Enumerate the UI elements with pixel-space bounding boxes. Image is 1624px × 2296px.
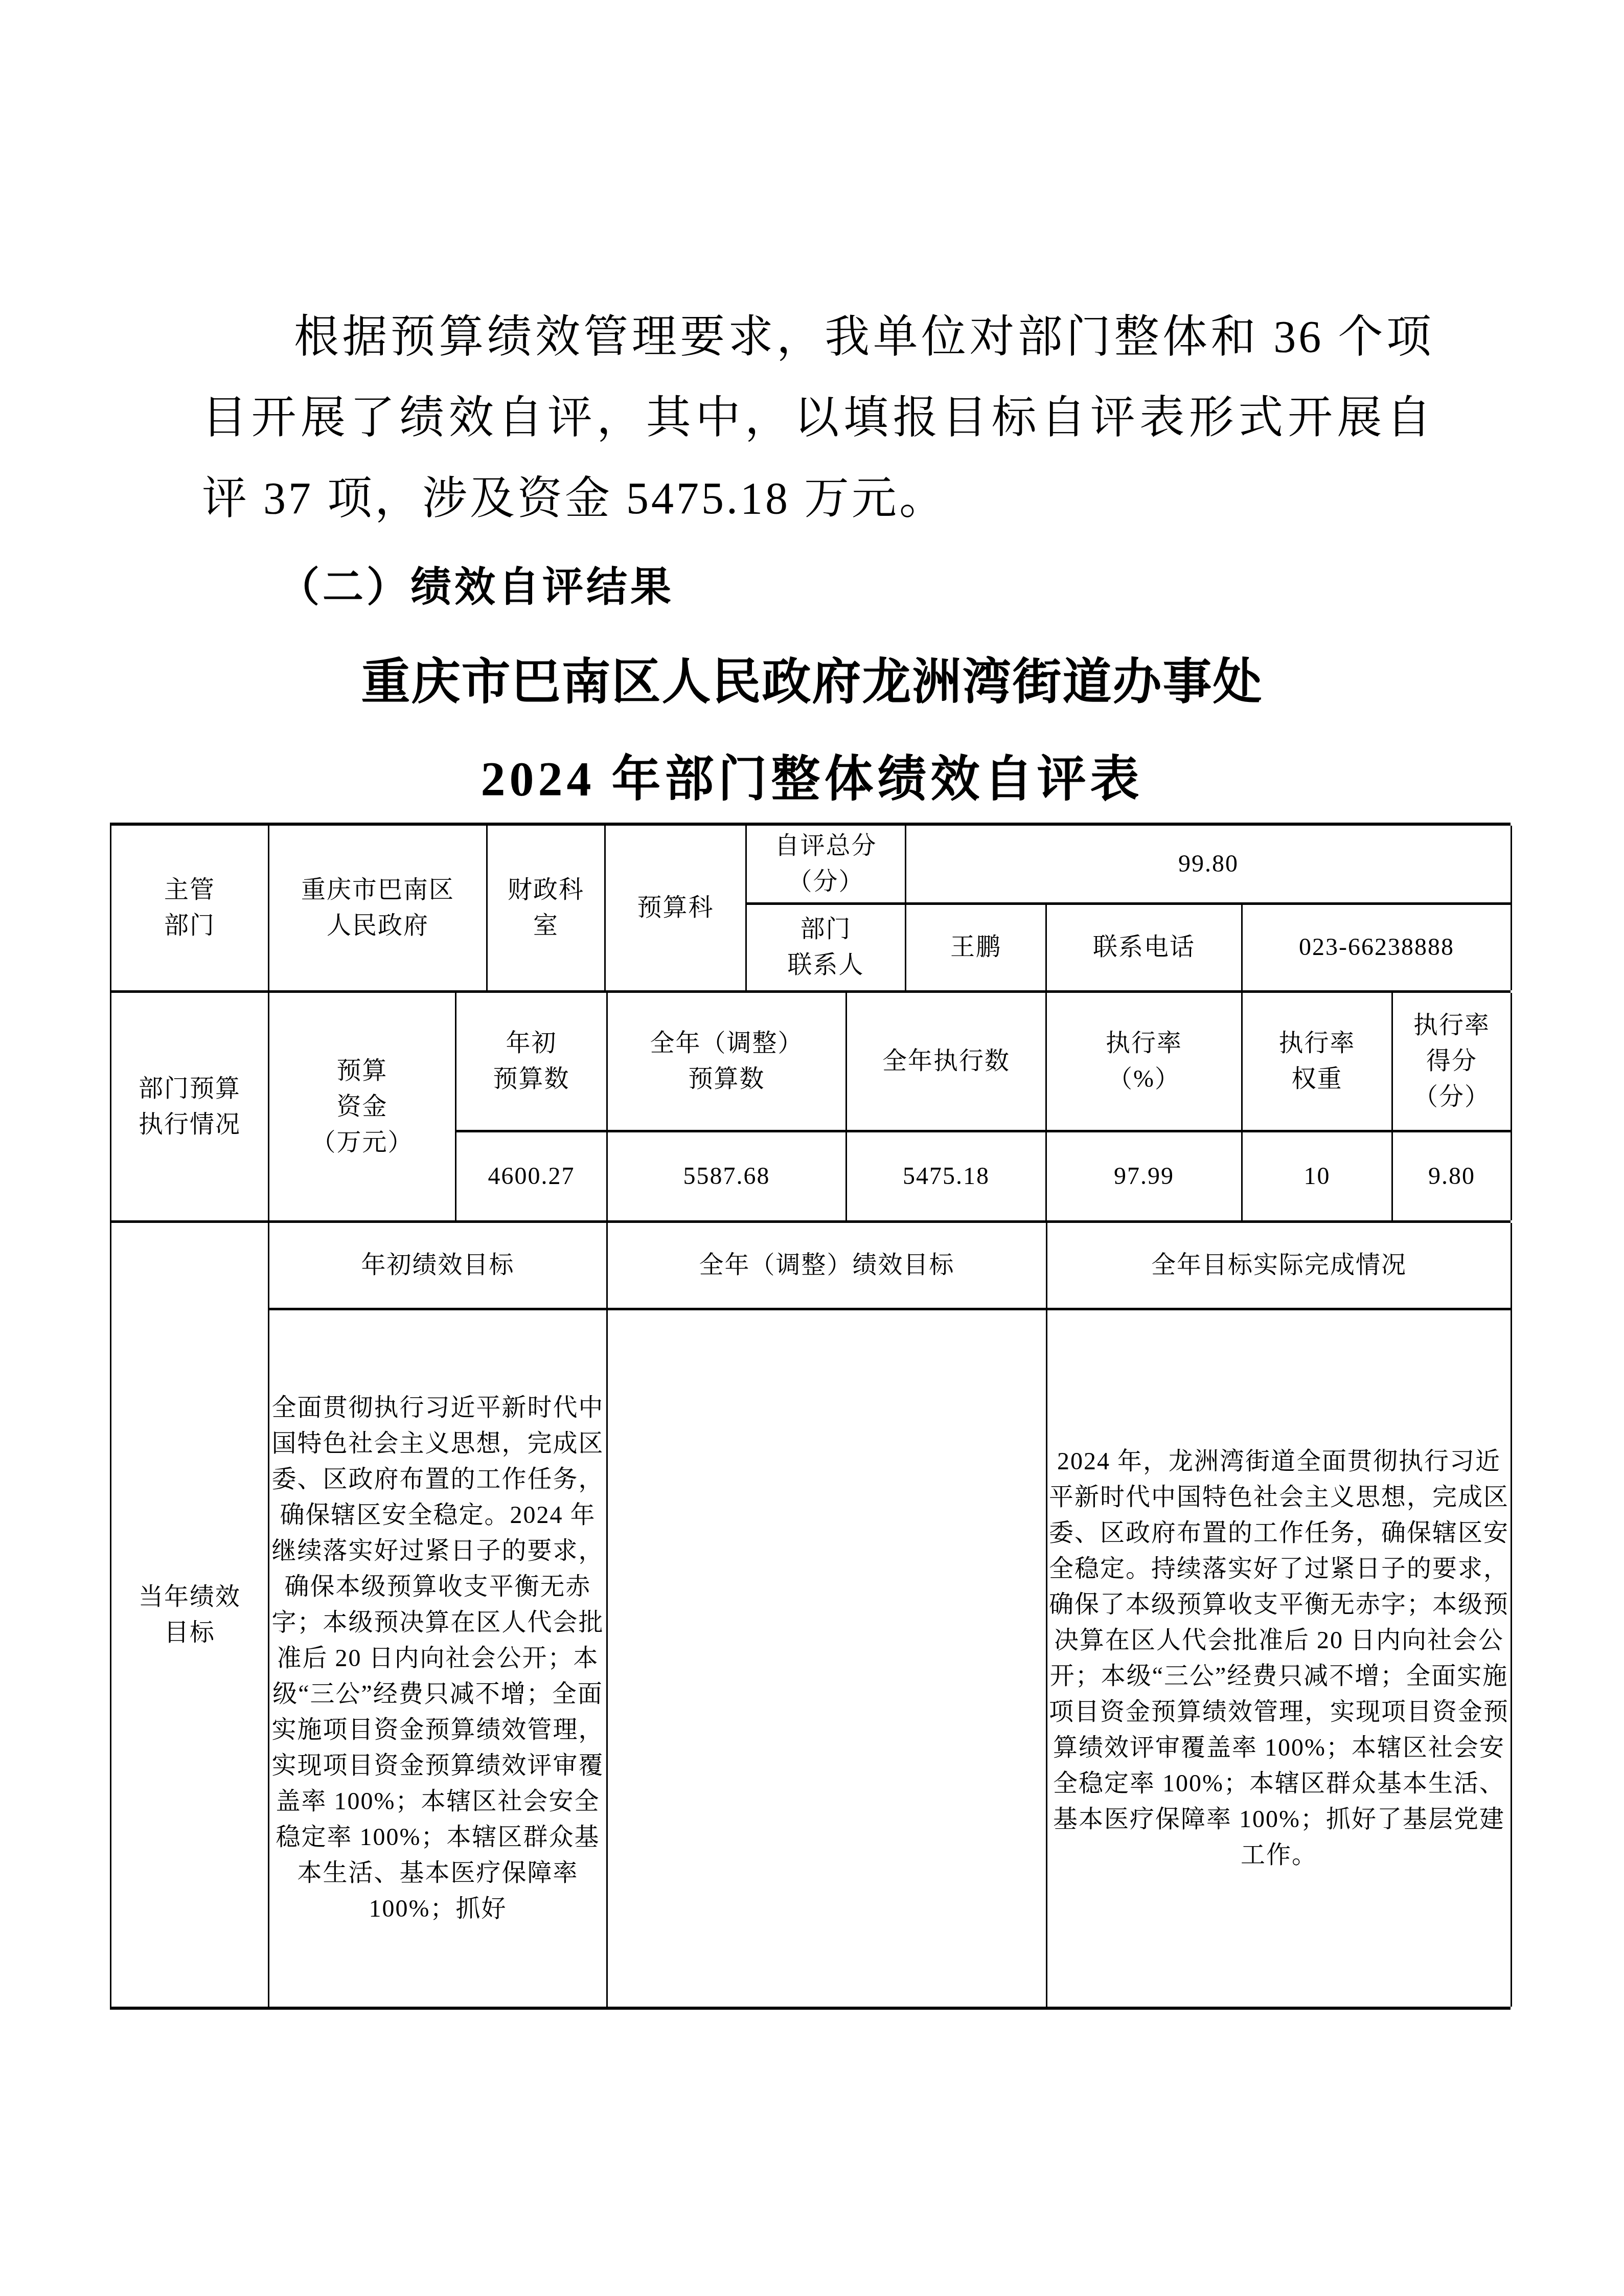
- budget-value-weight: 10: [1242, 1131, 1392, 1220]
- supervisor-dept-value: 重庆市巴南区 人民政府: [269, 826, 487, 990]
- goals-header-actual: 全年目标实际完成情况: [1047, 1223, 1512, 1309]
- budget-value-initial: 4600.27: [456, 1131, 607, 1220]
- goals-header-adjusted: 全年（调整）绩效目标: [607, 1223, 1047, 1309]
- budget-header-weight: 执行率 权重: [1242, 993, 1392, 1131]
- budget-execution-section: 部门预算 执行情况 预算 资金 （万元） 年初 预算数 全年（调整） 预算数 全…: [110, 993, 1512, 1220]
- budget-value-adjusted: 5587.68: [607, 1131, 847, 1220]
- self-score-label: 自评总分 （分）: [746, 826, 906, 903]
- self-score-value: 99.80: [906, 826, 1512, 903]
- budget-fund-label: 预算 资金 （万元）: [269, 993, 456, 1220]
- phone-value: 023-66238888: [1242, 903, 1512, 990]
- document-subtitle: 2024 年部门整体绩效自评表: [0, 741, 1624, 817]
- finance-office-value: 预算科: [605, 826, 746, 990]
- goals-adjusted-text: [607, 1309, 1047, 2007]
- supervisor-dept-label: 主管 部门: [111, 826, 269, 990]
- contact-value: 王鹏: [906, 903, 1046, 990]
- document-page: 根据预算绩效管理要求，我单位对部门整体和 36 个项目开展了绩效自评，其中，以填…: [0, 0, 1624, 2296]
- budget-value-score: 9.80: [1392, 1131, 1512, 1220]
- finance-office-label: 财政科 室: [487, 826, 605, 990]
- goals-actual-text: 2024 年，龙洲湾街道全面贯彻执行习近平新时代中国特色社会主义思想，完成区委、…: [1047, 1309, 1512, 2007]
- document-title: 重庆市巴南区人民政府龙洲湾街道办事处: [0, 644, 1624, 720]
- goals-row-label: 当年绩效 目标: [111, 1223, 269, 2007]
- goals-header-initial: 年初绩效目标: [269, 1223, 607, 1309]
- budget-header-score: 执行率 得分 （分）: [1392, 993, 1512, 1131]
- contact-label: 部门 联系人: [746, 903, 906, 990]
- budget-value-executed: 5475.18: [847, 1131, 1046, 1220]
- section-heading: （二）绩效自评结果: [202, 547, 1434, 628]
- performance-goals-section: 当年绩效 目标 年初绩效目标 全年（调整）绩效目标 全年目标实际完成情况 全面贯…: [110, 1223, 1512, 2007]
- phone-label: 联系电话: [1046, 903, 1242, 990]
- budget-header-rate: 执行率 （%）: [1046, 993, 1242, 1131]
- supervisor-section: 主管 部门 重庆市巴南区 人民政府 财政科 室 预算科 自评总分 （分） 99.…: [110, 826, 1512, 990]
- budget-header-adjusted: 全年（调整） 预算数: [607, 993, 847, 1131]
- intro-paragraph: 根据预算绩效管理要求，我单位对部门整体和 36 个项目开展了绩效自评，其中，以填…: [202, 297, 1434, 539]
- budget-value-rate: 97.99: [1046, 1131, 1242, 1220]
- budget-header-initial: 年初 预算数: [456, 993, 607, 1131]
- self-evaluation-table: 主管 部门 重庆市巴南区 人民政府 财政科 室 预算科 自评总分 （分） 99.…: [110, 823, 1511, 2010]
- budget-header-executed: 全年执行数: [847, 993, 1046, 1131]
- goals-initial-text: 全面贯彻执行习近平新时代中国特色社会主义思想，完成区委、区政府布置的工作任务，确…: [269, 1309, 607, 2007]
- budget-row-label: 部门预算 执行情况: [111, 993, 269, 1220]
